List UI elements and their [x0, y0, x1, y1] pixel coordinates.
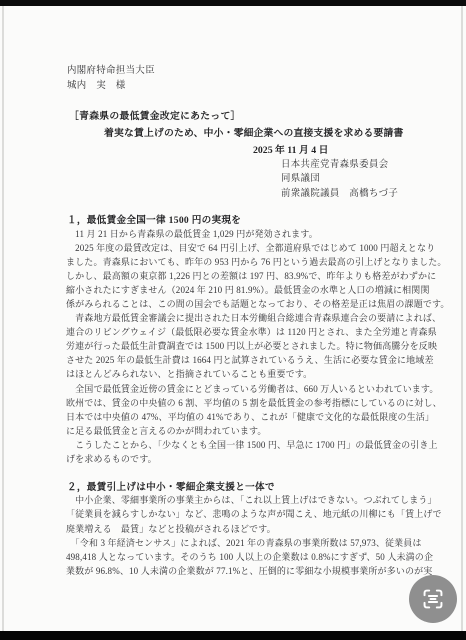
signatory-organization: 日本共産党青森県委員会	[281, 158, 398, 172]
doc-line: 日本では中央値の 47%、平均値の 41%であり、これが「健康で文化的な最低限度…	[66, 410, 450, 424]
document-title-main: 着実な賃上げのため、中小・零細企業への直接支援を求める要請書	[104, 125, 404, 139]
recipient-title: 内閣府特命担当大臣	[67, 64, 155, 79]
doc-line: こうしたことから、「少なくとも全国一律 1500 円、早急に 1700 円」の最…	[66, 438, 450, 452]
page-right-edge	[461, 6, 463, 631]
doc-line: させた 2025 年の最低生計費は 1664 円と試算されているうえ、生活に必要…	[66, 353, 450, 367]
doc-line: ました。青森県においても、昨年の 953 円から 76 円という過去最高の引上げ…	[66, 255, 450, 269]
doc-line: げを求めるものです。	[66, 452, 450, 466]
text-scan-icon	[420, 586, 446, 612]
doc-line: 498,418 人となっています。そのうち 100 人以上の企業数は 0.8%に…	[66, 550, 442, 564]
signatory-person: 前衆議院議員 高橋ちづ子	[281, 187, 398, 201]
document-viewer-screen: 内閣府特命担当大臣 城内 実 様 ［青森県の最低賃金改定にあたって］ 着実な賃上…	[0, 0, 466, 640]
doc-line: 廃業増える 最賃」などと投稿がされるほどです。	[66, 522, 442, 536]
doc-line: 欧州では、賃金の中央値の 6 割、平均値の 5 割を最低賃金の参考指標にしている…	[66, 396, 450, 410]
doc-line: しかし、最高額の東京都 1,226 円との差額は 197 円、83.9%で、昨年…	[66, 269, 450, 283]
top-letterbox-bar	[0, 0, 466, 6]
page-left-edge	[2, 6, 4, 631]
section-1-body: 11 月 21 日から青森県の最低賃金 1,029 円が発効されます。 2025…	[66, 227, 450, 466]
recipient-block: 内閣府特命担当大臣 城内 実 様	[67, 64, 155, 94]
doc-line: 全国で最低賃金近傍の賃金にとどまっている労働者は、660 万人いるといわれていま…	[66, 382, 450, 396]
doc-line: に足る最低賃金と言えるのかが問われています。	[66, 424, 450, 438]
signature-block: 日本共産党青森県委員会 同県議団 前衆議院議員 高橋ちづ子	[281, 158, 398, 201]
doc-line: 「従業員を減らすしかない」など、悲鳴のような声が聞こえ、地元紙の川柳にも「賃上げ…	[66, 507, 442, 521]
recipient-name: 城内 実 様	[67, 79, 155, 94]
bottom-letterbox-bar	[0, 631, 466, 640]
doc-line: 係がみられることは、この間の国会でも話題となっており、その格差是正は焦眉の課題で…	[66, 297, 450, 311]
signatory-group: 同県議団	[281, 172, 398, 186]
document-date: 2025 年 11 月 4 日	[253, 142, 328, 156]
section-2-body: 中小企業、零細事業所の事業主からは、「これ以上賃上げはできない。つぶれてしまう」…	[66, 493, 442, 579]
doc-line: はほとんどみられない、と指摘されていることも重要です。	[66, 367, 450, 381]
section-2-heading: ２，最賃引上げは中小・零細企業支援と一体で	[67, 479, 275, 493]
doc-line: 連合のリビングウェイジ（最低限必要な賃金水準）は 1120 円とされ、また全労連…	[66, 325, 450, 339]
document-title-bracket: ［青森県の最低賃金改定にあたって］	[69, 108, 241, 122]
doc-line: 労連が行った最低生計費調査では 1500 円以上が必要とされました。特に物価高騰…	[66, 339, 450, 353]
doc-line: 「令和 3 年経済センサス」によれば、2021 年の青森県の事業所数は 57,9…	[66, 536, 442, 550]
doc-line: 縮小されたにすぎません（2024 年 210 円 81.9%）。最低賃金の水準と…	[66, 283, 450, 297]
doc-line: 2025 年度の最賃改定は、目安で 64 円引上げ、全都道府県ではじめて 100…	[66, 241, 450, 255]
doc-line: 11 月 21 日から青森県の最低賃金 1,029 円が発効されます。	[66, 227, 450, 241]
doc-line: 中小企業、零細事業所の事業主からは、「これ以上賃上げはできない。つぶれてしまう」	[66, 493, 442, 507]
live-text-scan-button[interactable]	[409, 575, 457, 623]
doc-line: 青森地方最低賃金審議会に提出された日本労働組合総連合青森県連合会の要請によれば、	[66, 311, 450, 325]
doc-line: 業数が 96.8%、10 人未満の企業数が 77.1%と、圧倒的に零細な小規模事…	[66, 564, 442, 578]
section-1-heading: １，最低賃金全国一律 1500 円の実現を	[67, 212, 241, 226]
